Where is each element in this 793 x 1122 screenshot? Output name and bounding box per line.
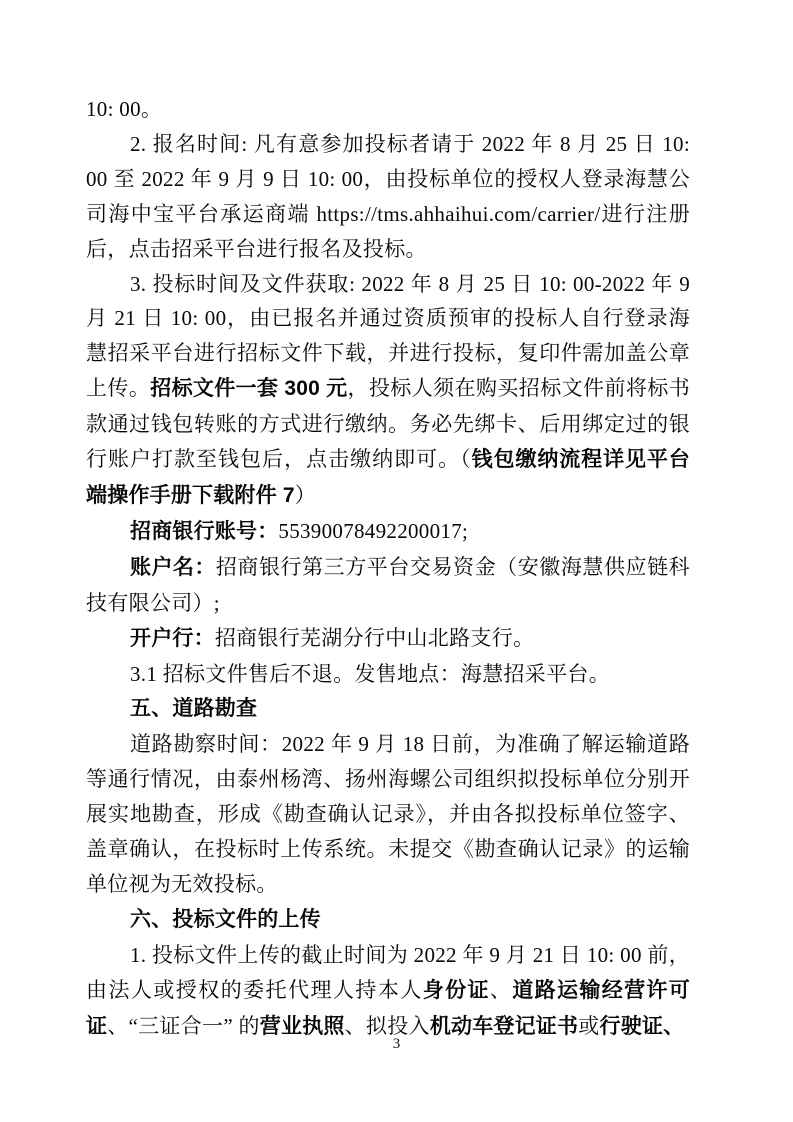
text-run: 、	[490, 978, 512, 1002]
para-registration-time: 2. 报名时间: 凡有意参加投标者请于 2022 年 8 月 25 日 10: …	[86, 127, 690, 267]
para-road-survey: 道路勘察时间：2022 年 9 月 18 日前，为准确了解运输道路等通行情况，由…	[86, 727, 690, 902]
heading-road-survey: 五、道路勘查	[86, 691, 690, 727]
para-bank-account-number: 招商银行账号：55390078492200017;	[86, 514, 690, 550]
bold-text-run: 五、道路勘查	[130, 697, 257, 720]
para-no-refund: 3.1 招标文件售后不退。发售地点：海慧招采平台。	[86, 657, 690, 692]
text-run: 或	[578, 1014, 599, 1038]
bold-text-run: 招商银行账号：	[130, 520, 278, 543]
bold-text-run: 招标文件一套 300 元	[150, 377, 347, 400]
para-account-name: 账户名：招商银行第三方平台交易资金（安徽海慧供应链科技有限公司）;	[86, 550, 690, 621]
heading-bid-file-upload: 六、投标文件的上传	[86, 902, 690, 938]
text-run: 55390078492200017;	[278, 519, 468, 543]
bold-text-run: 六、投标文件的上传	[130, 908, 321, 931]
document-page: 10: 00。2. 报名时间: 凡有意参加投标者请于 2022 年 8 月 25…	[0, 0, 793, 1122]
para-upload-deadline: 1. 投标文件上传的截止时间为 2022 年 9 月 21 日 10: 00 前…	[86, 938, 690, 1045]
para-bank-branch: 开户行：招商银行芜湖分行中山北路支行。	[86, 621, 690, 657]
bold-text-run: 营业执照	[260, 1015, 345, 1038]
text-run: 、“三证合一” 的	[107, 1014, 260, 1038]
text-run: 3.1 招标文件售后不退。发售地点：海慧招采平台。	[130, 662, 610, 686]
text-run: ）	[295, 483, 316, 507]
page-number: 3	[0, 1036, 793, 1053]
text-run: 道路勘察时间：2022 年 9 月 18 日前，为准确了解运输道路等通行情况，由…	[86, 732, 690, 896]
text-run: 、拟投入	[345, 1014, 430, 1038]
bold-text-run: 账户名：	[130, 556, 216, 579]
text-run: 10: 00。	[86, 97, 162, 121]
document-body: 10: 00。2. 报名时间: 凡有意参加投标者请于 2022 年 8 月 25…	[86, 92, 690, 1044]
para-bid-time-and-docs: 3. 投标时间及文件获取: 2022 年 8 月 25 日 10: 00-202…	[86, 267, 690, 514]
bold-text-run: 身份证	[423, 979, 490, 1002]
text-run: 招商银行芜湖分行中山北路支行。	[215, 626, 535, 650]
para-time-continued: 10: 00。	[86, 92, 690, 127]
text-run: 2. 报名时间: 凡有意参加投标者请于 2022 年 8 月 25 日 10: …	[86, 132, 690, 261]
bold-text-run: 开户行：	[130, 627, 215, 650]
bold-text-run: 行驶证、	[600, 1015, 685, 1038]
bold-text-run: 机动车登记证书	[430, 1015, 578, 1038]
